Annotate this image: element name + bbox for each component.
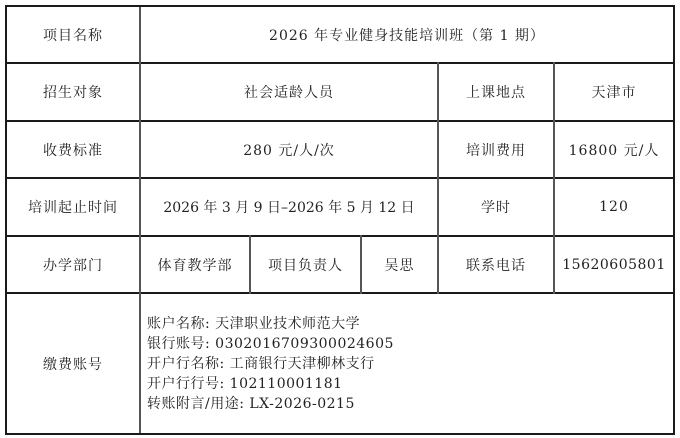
bank-account-number-line: 银行账号: 0302016709300024605 — [147, 334, 394, 354]
bank-code-line: 开户行行号: 102110001181 — [147, 374, 394, 394]
hours-value: 120 — [555, 179, 673, 235]
class-location-label: 上课地点 — [439, 64, 553, 120]
fee-standard-value: 280 元/人/次 — [141, 122, 437, 177]
hours-label: 学时 — [439, 179, 553, 235]
project-lead-value: 吴思 — [362, 237, 437, 292]
training-info-table: 项目名称 2026 年专业健身技能培训班（第 1 期） 招生对象 社会适龄人员 … — [5, 5, 675, 435]
training-period-label: 培训起止时间 — [7, 179, 139, 235]
enrollment-target-value: 社会适龄人员 — [141, 64, 437, 120]
fee-standard-label: 收费标准 — [7, 122, 139, 177]
training-period-value: 2026 年 3 月 9 日–2026 年 5 月 12 日 — [141, 179, 437, 235]
payment-account-details: 账户名称: 天津职业技术师范大学 银行账号: 03020167093000246… — [141, 294, 673, 433]
enrollment-target-label: 招生对象 — [7, 64, 139, 120]
training-fee-label: 培训费用 — [439, 122, 553, 177]
phone-value: 15620605801 — [555, 237, 673, 292]
project-name-label: 项目名称 — [7, 7, 139, 62]
payment-account-label: 缴费账号 — [7, 294, 139, 433]
department-label: 办学部门 — [7, 237, 139, 292]
project-lead-label: 项目负责人 — [251, 237, 360, 292]
transfer-memo-line: 转账附言/用途: LX-2026-0215 — [147, 394, 394, 414]
department-value: 体育教学部 — [141, 237, 249, 292]
account-name-line: 账户名称: 天津职业技术师范大学 — [147, 314, 394, 334]
bank-name-line: 开户行名称: 工商银行天津柳林支行 — [147, 354, 394, 374]
phone-label: 联系电话 — [439, 237, 553, 292]
class-location-value: 天津市 — [555, 64, 673, 120]
project-name-value: 2026 年专业健身技能培训班（第 1 期） — [141, 7, 673, 62]
training-fee-value: 16800 元/人 — [555, 122, 673, 177]
